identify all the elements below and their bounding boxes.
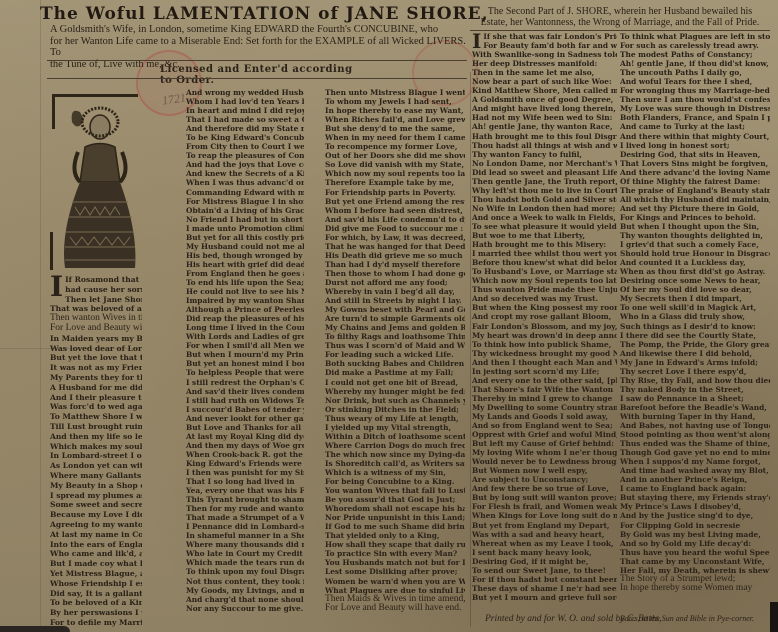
verse-line: By Gold was my best Living made,	[620, 530, 770, 539]
verse-line: The praise of England's Beauty stain,	[620, 186, 770, 195]
second-part-heading-line: Estate, her Wantonness, the Wrong of Mar…	[470, 17, 770, 28]
verse-line: In shameful manner in a Sheet	[186, 531, 304, 540]
verse-line: Did make a Pastime at my Fall;	[325, 368, 465, 377]
verse-line: But yet for all this costly pride,	[186, 233, 304, 242]
verse-line: How shall they scape that daily run,	[325, 540, 465, 549]
verse-line: With burning Taper in thy Hand,	[620, 412, 770, 421]
verse-line: And had the joys that Love could bring,	[186, 160, 304, 169]
verse-line: I came to England back again:	[620, 484, 770, 493]
verse-line: I lived long in honest sort;	[620, 141, 770, 150]
verse-line: The Pomp, the Pride, the Glory great,	[620, 340, 770, 349]
verse-line: In hope thereby some Women may	[620, 584, 770, 593]
verse-line: Did lead so sweet and pleasant Life:	[472, 168, 617, 177]
verse-line: But woe to me that Liberty,	[472, 231, 617, 240]
verse-line: Ah! gentle Jane, thy wanton Race,	[472, 122, 617, 131]
verse-line: Would never be to Lewdness brought,	[472, 457, 617, 466]
verse-line: And wrong my wedded Husband Shore,	[186, 88, 304, 97]
verse-line: And never lookt for other gain,	[186, 414, 304, 423]
verse-line: But yet from England my Depart,	[472, 521, 617, 530]
verse-line: I succour'd Babes of tender years,	[186, 405, 304, 414]
verse-line: But when I thought upon the Sin,	[620, 222, 770, 231]
verse-line: Whom I before had seen distrest,	[325, 206, 465, 215]
verse-line: And there advanc'd the loving Name,	[620, 168, 770, 177]
verse-line: But yet I mourn and grieve full sore,	[472, 593, 617, 602]
verse-line: Fair London's Blossom, and my joy,	[472, 322, 617, 331]
verse-line: And so from England went to Sea;	[472, 421, 617, 430]
verse-line: But yet the love that they requir'd,	[50, 353, 142, 363]
verse-line: Within a Ditch of loathsome scent,	[325, 432, 465, 441]
verse-line: That came by my Unconstant Wife,	[620, 557, 770, 566]
second-part-heading: The Second Part of J. SHORE, wherein her…	[470, 6, 770, 28]
verse-line: My Husband could not me abide	[186, 242, 304, 251]
verse-line: I spread my plumes as Wantons do,	[50, 491, 142, 501]
verse-line: Thus have you heard the woful Speech,	[620, 548, 770, 557]
verse-line: To recompence my former Love,	[325, 142, 465, 151]
verse-line: To filthy Rags and loathsome Things,	[325, 332, 465, 341]
verse-line: Not thus content, they took from me	[186, 577, 304, 586]
verse-line: Thy wanton Fancy to fulfil,	[472, 150, 617, 159]
scan-edge	[770, 602, 778, 632]
verse-line: Ah! gentle Jane, if thou did'st know,	[620, 59, 770, 68]
second-part-heading-line: The Second Part of J. SHORE, wherein her…	[470, 6, 770, 17]
verse-line: Thy Rise, thy Fall, and how thou died;	[620, 376, 770, 385]
verse-line: And likewise there I did behold,	[620, 349, 770, 358]
verse-line: To helpless People that were poor,	[186, 368, 304, 377]
verse-line: Although a Prince of Peerless Might,	[186, 305, 304, 314]
verse-line: In Lombard-street I once did dwell,	[50, 451, 142, 461]
verse-line: Nor Drink, but such as Channels yield,	[325, 396, 465, 405]
verse-line: But yet an honest mind I bore,	[186, 359, 304, 368]
verse-line: And knew the Secrets of a King	[186, 169, 304, 178]
verse-line: Which now my Soul repents too late:	[472, 276, 617, 285]
verse-line: Which is a witness of my Sin,	[325, 468, 465, 477]
verse-line: Are subject to Unconstancy;	[472, 475, 617, 484]
verse-line: My heart was drown'd in deep annoy,	[472, 331, 617, 340]
verse-line: To think upon my foul Disgrace.	[186, 567, 304, 576]
verse-line: Thus wanton Pride made thee Unjust,	[472, 285, 617, 294]
verse-line: For Friendship parts in Poverty.	[325, 188, 465, 197]
scan-edge-bottom	[0, 626, 70, 632]
verse-line: Was forc'd to wed against my will	[50, 402, 142, 412]
verse-line: Who late in Court my Credit knew;	[186, 549, 304, 558]
verse-line: A Goldsmith once of good Degree,	[472, 95, 617, 104]
verse-line: That made a Strumpet of a Wife,	[186, 513, 304, 522]
verse-line: Kind Matthew Shore, Men called me,	[472, 86, 617, 95]
verse-line: For when I smil'd all Men were glad,	[186, 341, 304, 350]
verse-line: The which now since my Dying-day,	[325, 450, 465, 459]
verse-line: In jesting sort scorn'd my Life;	[472, 367, 617, 376]
verse-line: Was with a sad and heavy heart,	[472, 530, 617, 539]
woodcut-portrait-icon	[50, 92, 140, 272]
verse-line: When in my need for them I came	[325, 133, 465, 142]
verse-line: And in another Prince's Reign,	[620, 475, 770, 484]
verse-line: Whereby in vain I beg'd all day,	[325, 287, 465, 296]
verse-line: No Wife in London then had more;	[472, 204, 617, 213]
verse-line: And came to Turky at the last;	[620, 122, 770, 131]
verse-line: And by the Justice sing'd to dye,	[620, 511, 770, 520]
verse-line: And therefore did my State resign,	[186, 124, 304, 133]
verse-line: Impaired by my wanton Shame,	[186, 296, 304, 305]
verse-line: Hath brought me to this Misery:	[472, 240, 617, 249]
verse-line: Till Lust brought ruine to my life,	[50, 422, 142, 432]
verse-line: Thy wanton thoughts delighted in,	[620, 231, 770, 240]
verse-line: Did say, It is a gallant thing	[50, 589, 142, 599]
verse-line: That Lovers Sins might be forgiven,	[620, 159, 770, 168]
verse-line: Lest some Disliking after prove;	[325, 567, 465, 576]
verse-line: To think what Plagues are left in store,	[620, 32, 770, 41]
verse-line: Whom I had lov'd ten Years before.	[186, 97, 304, 106]
verse-line: Opprest with Grief and woful Mind,	[472, 430, 617, 439]
verse-line: And set thy Picture there in Gold,	[620, 204, 770, 213]
verse-line: Did reap the pleasures of his Right.	[186, 314, 304, 323]
verse-line: And still in Streets by night I lay.	[325, 296, 465, 305]
column-divider	[470, 72, 471, 627]
verse-line: No London Dame, nor Merchant's Wife,	[472, 159, 617, 168]
verse-line: And so deceived was my Trust.	[472, 294, 617, 303]
verse-line: Which made the tears run down my face,	[186, 558, 304, 567]
verse-line: Thus weary of my Life at length,	[325, 414, 465, 423]
verse-line: My Secrets then I did impart,	[620, 294, 770, 303]
verse-line: To see what pleasure it would yield.	[472, 222, 617, 231]
verse-line: From City then to Court I went,	[186, 142, 304, 151]
verse-line: With Swanlike-song in Sadness told,	[472, 50, 617, 59]
verse-line: Where many thousands did me view,	[186, 540, 304, 549]
verse-line: Then unto Mistress Blague I went,	[325, 88, 465, 97]
verse-line: Into the ears of England's King,	[50, 540, 142, 550]
verse-line: had cause her sorrows to declare,	[50, 285, 142, 295]
verse-line: Though God gave yet no end to mine:	[620, 448, 770, 457]
verse-line: To whom my Jewels I had sent,	[325, 97, 465, 106]
verse-line: For Flesh is frail, and Women weak,	[472, 502, 617, 511]
verse-line: I still redrest the Orphan's Cry,	[186, 378, 304, 387]
verse-line: And I their pleasure to fulfil,	[50, 393, 142, 403]
verse-line: Yet Mistress Blague, a Neighbour near,	[50, 569, 142, 579]
fold-line-vertical	[40, 0, 41, 632]
verse-line: For wronging thus my Marriage-bed,	[620, 86, 770, 95]
verse-line: Desiring once some News to hear,	[620, 276, 770, 285]
verse-line: To one well skill'd in Magick Art,	[620, 303, 770, 312]
verse-line: For Beauty fam'd both far and wide,	[472, 41, 617, 50]
verse-line: And woful Tears for thee I shed,	[620, 77, 770, 86]
verse-line: Agreeing to my wanton mind.	[50, 520, 142, 530]
verse-line: My Lands and Goods I sold away,	[472, 412, 617, 421]
verse-line: A Husband for me did obtain,	[50, 383, 142, 393]
verse-line: At last my Royal King did dye,	[186, 432, 304, 441]
verse-line: His Death did grieve me so much more,	[325, 251, 465, 260]
verse-line: Out of her Doors she did me shove	[325, 151, 465, 160]
verse-line: Before thou knew'st what did belong,	[472, 258, 617, 267]
verse-line: To be beloved of a King,	[50, 598, 142, 608]
verse-line: When as thou first did'st go Astray.	[620, 267, 770, 276]
imprint-right: Bates, at the Sun and Bible in Pye-corne…	[620, 614, 754, 623]
verse-line: Women be warn'd when you are Wives,	[325, 577, 465, 586]
verse-line: Is Shoreditch call'd, as Writers say:	[325, 459, 465, 468]
verse-line: Thereby in mind I grew to change	[472, 394, 617, 403]
verse-line: Then those to whom I had done good,	[325, 269, 465, 278]
verse-line: By her perswasions I was led,	[50, 608, 142, 618]
verse-line: At last my name in Court did ring,	[50, 530, 142, 540]
verse-line: That yielded only to a King,	[325, 531, 465, 540]
verse-line: When Kings for Love long suit do make.	[472, 511, 617, 520]
verse-line: My Beauty in a Shop of Gold:	[50, 481, 142, 491]
poem-column-4: I If she that was fair London's Pride, F…	[472, 32, 617, 602]
verse-line: And there within that mighty Court,	[620, 132, 770, 141]
verse-line: But staying there, my Friends stray'd,	[620, 493, 770, 502]
verse-line: For Clipping Gold in secresie	[620, 521, 770, 530]
verse-line: For leading such a wicked Life.	[325, 350, 465, 359]
verse-line: I made unto Promotion climb	[186, 224, 304, 233]
verse-line: I griev'd that such a comely Face,	[620, 240, 770, 249]
verse-line: Barefoot before the Beadle's Wand,	[620, 403, 770, 412]
verse-line: For which, by Law, it was decreed,	[325, 233, 465, 242]
verse-line: And every one to the other said, [plain:	[472, 376, 617, 385]
verse-line: For Kings and Princes to behold.	[620, 213, 770, 222]
verse-line: In hope thereby to ease my Want,	[325, 106, 465, 115]
verse-line: And charg'd that none should me Relieve,	[186, 595, 304, 604]
verse-line: Whereby my hunger might be fed:	[325, 387, 465, 396]
verse-line: I could not get one bit of Bread,	[325, 378, 465, 387]
divider-rule	[470, 30, 770, 31]
verse-line: King Edward's Friends were soon put down…	[186, 459, 304, 468]
verse-line: That I had made so sweet a Choice,	[186, 115, 304, 124]
verse-line: Both Flanders, France, and Spain I past,	[620, 113, 770, 122]
verse-line: My Chains and Jems and golden Rings,	[325, 323, 465, 332]
verse-line: In Maiden years my Beauty bright,	[50, 334, 142, 344]
verse-line: But when I mourn'd my Prince grew sad.	[186, 350, 304, 359]
verse-line: He could not live to see his Name	[186, 287, 304, 296]
verse-line: The uncouth Paths I daily go,	[620, 68, 770, 77]
verse-line: And then my life so lewdly spent,	[50, 432, 142, 442]
verse-line: Then gentle Jane, the Truth report,	[472, 177, 617, 186]
verse-line: Nor any Succour to me give.	[186, 604, 304, 613]
verse-line: But I made coy what he desir'd;	[50, 559, 142, 569]
verse-line: I sent back many heavy look,	[472, 548, 617, 557]
verse-line: Then sure I am thou would'st confess,	[620, 95, 770, 104]
verse-line: But she deny'd to me the same,	[325, 124, 465, 133]
poem-column-1: I If Rosamond that was so fair, had caus…	[50, 275, 142, 628]
verse-line: And cropt my rose gallant Bloom,	[472, 312, 617, 321]
verse-line: But Women now I well espy,	[472, 466, 617, 475]
verse-line: My Gowns beset with Pearl and Gold,	[325, 305, 465, 314]
verse-line: Thy secret Love I there espy'd,	[620, 367, 770, 376]
verse-line: For Love and Beauty will have end.	[325, 604, 465, 613]
verse-line: These days of shame I ne'r had seen,	[472, 584, 617, 593]
verse-line: But Love and Thanks for all my pain.	[186, 423, 304, 432]
verse-line: Than had I dy'd myself therefore	[325, 260, 465, 269]
verse-line: Long time I lived in the Court,	[186, 323, 304, 332]
verse-line: Yea, every one that was his Friend,	[186, 486, 304, 495]
verse-line: Who in a Glass did truly show,	[620, 312, 770, 321]
verse-line: Durst not afford me any food;	[325, 278, 465, 287]
verse-line: Thy naked Body in the Street,	[620, 385, 770, 394]
divider-rule	[47, 60, 467, 61]
verse-line: Thus ended was the Shame of thine,	[620, 439, 770, 448]
verse-line: Nor Pride unpunisht in this Land;	[325, 513, 465, 522]
verse-line: Some sweet and secret Friends to woo,	[50, 500, 142, 510]
verse-line: Hath brought me to this foul Disgrace.	[472, 132, 617, 141]
verse-line: To send our Sweet Jane, to thee!	[472, 566, 617, 575]
verse-line: I married thee whilst thou wert young,	[472, 249, 617, 258]
verse-line: For being Concubine to a King.	[325, 477, 465, 486]
verse-line: Desiring God, if it might be,	[472, 557, 617, 566]
verse-line: Where many Gallants did behold	[50, 471, 142, 481]
verse-line: When I was thus advanc'd on high,	[186, 178, 304, 187]
verse-line: Who came and lik'd, and love requir'd,	[50, 549, 142, 559]
verse-line: Should hold true Honour in Disgrace,	[620, 249, 770, 258]
verse-line: I there did see the Courtly State,	[620, 331, 770, 340]
verse-line: When Crook-back R. got the Crown,	[186, 450, 304, 459]
verse-line: To think how into publick Shame,	[472, 340, 617, 349]
verse-line: To Husband's Love, or Marriage state	[472, 267, 617, 276]
verse-line: Why left'st thou me to live in Court?	[472, 186, 617, 195]
verse-line: And sav'd their lives condemn'd to die.	[186, 387, 304, 396]
verse-line: Or stinking Ditches in the Field;	[325, 405, 465, 414]
verse-line: But yet one Friend among the rest,	[325, 197, 465, 206]
verse-line: And might have lived long therein,	[472, 104, 617, 113]
verse-line: And few there be so true of Love,	[472, 484, 617, 493]
verse-line: That I so long had lived in	[186, 477, 304, 486]
verse-line: To reap the pleasures of Content;	[186, 151, 304, 160]
verse-line: Which now my soul repents too late;	[325, 169, 465, 178]
verse-line: Then let Jane Shore with sorrowing sing,	[50, 295, 142, 305]
verse-line: Be you assur'd that God is Just;	[325, 495, 465, 504]
verse-line: And sav'd his Life condemn'd to dye,	[325, 215, 465, 224]
verse-line: And once a Week to walk in Fields,	[472, 213, 617, 222]
verse-line: Her deep Distresses manifold:	[472, 59, 617, 68]
verse-line: No Friend I had but in short time	[186, 215, 304, 224]
verse-line: The modest Paths of Constancy;	[620, 50, 770, 59]
verse-line: But left my Cause of Grief behind:	[472, 439, 617, 448]
verse-line: In heart and mind I did rejoyce,	[186, 106, 304, 115]
verse-line: When I suppos'd my Name forgot,	[620, 457, 770, 466]
verse-line: And then my days of Woe grew nigh,	[186, 441, 304, 450]
verse-line: If God to me such Shame did bring,	[325, 522, 465, 531]
verse-line: His heart with grief did deadly sting,	[186, 260, 304, 269]
poem-column-2: And wrong my wedded Husband Shore, Whom …	[186, 88, 304, 613]
verse-line: Both sucking Babes and Children small,	[325, 359, 465, 368]
verse-line: Now bear a part of such like Woe:	[472, 77, 617, 86]
verse-line: When Riches fail'd, and Love grew scant:	[325, 115, 465, 124]
subtitle-line: for her Wanton Life came to a Miserable …	[50, 36, 470, 59]
verse-line: I saw do Pennance in a Sheet;	[620, 394, 770, 403]
verse-line: Therefore Example take by me,	[325, 178, 465, 187]
drop-cap: I	[472, 32, 481, 50]
verse-line: Thou hadst all things at wish and will,	[472, 141, 617, 150]
verse-line: Thus was I scorn'd of Maid and Wife,	[325, 341, 465, 350]
subtitle-line: A Goldsmith's Wife, in London, sometime …	[50, 24, 470, 36]
verse-line: I Pennance did in Lombard-street,	[186, 522, 304, 531]
verse-line: To Matthew Shore I was a Wife,	[50, 412, 142, 422]
verse-line: But by long suit will wanton prove;	[472, 493, 617, 502]
verse-line: To end his life upon the Sea;	[186, 278, 304, 287]
verse-line: My Love was sure though in Distress:	[620, 104, 770, 113]
verse-line: If she that was fair London's Pride,	[472, 32, 617, 41]
verse-line: If Rosamond that was so fair,	[50, 275, 142, 285]
verse-line: That Shore's fair Wife the Wanton	[472, 385, 617, 394]
verse-line: This Tyrant brought to shameful End.	[186, 495, 304, 504]
verse-line: Such things as I desir'd to know:	[620, 322, 770, 331]
verse-line: You Husbands match not but for Love,	[325, 558, 465, 567]
verse-line: To be King Edward's Concubine,	[186, 133, 304, 142]
verse-line: Then in the same let me also,	[472, 68, 617, 77]
licensing-notice: Licensed and Enter'd according to Order.	[160, 64, 360, 86]
verse-line: I yielded up my Vital strength,	[325, 423, 465, 432]
verse-line: That he was hanged for that Deed.	[325, 242, 465, 251]
verse-line: And time had washed away my Blot,	[620, 466, 770, 475]
verse-line: And so by Gold my Life decay'd:	[620, 539, 770, 548]
verse-line: As London yet can witness well,	[50, 461, 142, 471]
verse-line: Thy wickedness brought my good Name.	[472, 349, 617, 358]
verse-line: To practice Sin with every Man?	[325, 549, 465, 558]
verse-line: Stood pointing as thou went'st along.	[620, 430, 770, 439]
poem-column-5: To think what Plagues are left in store,…	[620, 32, 770, 593]
verse-line: For Love and Beauty will have end.	[50, 324, 142, 334]
verse-line: Whose Friendship I esteemed dear,	[50, 579, 142, 589]
verse-line: My Dwelling to some Country strange,	[472, 403, 617, 412]
verse-line: My loving Wife whom I ne'er thought,	[472, 448, 617, 457]
broadside-sheet: The Woful LAMENTATION of JANE SHORE, A G…	[0, 0, 778, 632]
verse-line: Which makes my soul for to lament.	[50, 442, 142, 452]
verse-line: Because my Love I did not find	[50, 510, 142, 520]
verse-line: Of her my Soul did love so dear,	[620, 285, 770, 294]
page-title: The Woful LAMENTATION of JANE SHORE,	[40, 4, 470, 24]
verse-line: And Babes, not having use of Tongue,	[620, 421, 770, 430]
verse-line: But when the King possest my room,	[472, 303, 617, 312]
verse-line: Are turn'd to simple Garments old,	[325, 314, 465, 323]
verse-line: So Love did vanish with my State,	[325, 160, 465, 169]
verse-line: My Prince's Laws I disobey'd,	[620, 502, 770, 511]
verse-line: Was loved dear of Lord and Knight,	[50, 344, 142, 354]
verse-line: Where Carrion Dogs do much frequent,	[325, 441, 465, 450]
verse-line: My Jane in Edward's Arms infold;	[620, 358, 770, 367]
verse-line: Desiring God, that sits in Heaven,	[620, 150, 770, 159]
verse-line: Obtain'd a Living of his Grace.	[186, 206, 304, 215]
verse-line: His bed, though wronged by a King,	[186, 251, 304, 260]
verse-line: I then was punisht for my Sin,	[186, 468, 304, 477]
divider-rule	[47, 78, 467, 79]
verse-line: Whoredom shall not escape his hand,	[325, 504, 465, 513]
verse-line: For Mistress Blague I in short space	[186, 197, 304, 206]
verse-line: You wanton Wives that fall to Lust,	[325, 486, 465, 495]
verse-line: My Goods, my Livings, and my Fee,	[186, 586, 304, 595]
poem-column-3: Then unto Mistress Blague I went, To who…	[325, 88, 465, 613]
verse-line: All which thy Husband did maintain,	[620, 195, 770, 204]
verse-line: Then for my rude and wanton Life,	[186, 504, 304, 513]
verse-line: I still had ruth on Widows Tears,	[186, 396, 304, 405]
verse-line: And then I thought each Man and Wife,	[472, 358, 617, 367]
verse-line: Commanding Edward with mine Eye,	[186, 188, 304, 197]
verse-line: It was not as my Friends desir'd;	[50, 363, 142, 373]
verse-line: Thou hadst both Gold and Silver store,	[472, 195, 617, 204]
verse-line: From England then he goes away,	[186, 269, 304, 278]
verse-line: With Lords and Ladies of great sort,	[186, 332, 304, 341]
verse-line: My Parents they for thirst of Gain,	[50, 373, 142, 383]
verse-line: For such as carelessly tread awry.	[620, 41, 770, 50]
verse-line: For if thou hadst but constant been,	[472, 575, 617, 584]
verse-line: Of thine Mighty the fairest Dame:	[620, 177, 770, 186]
drop-cap: I	[50, 275, 63, 299]
verse-line: And counted it a Luckless day,	[620, 258, 770, 267]
verse-line: Did give me Food to succour me :	[325, 224, 465, 233]
verse-line: Had not my Wife been wed to Sin:	[472, 113, 617, 122]
verse-line: Whereat when as my Leave I took,	[472, 539, 617, 548]
